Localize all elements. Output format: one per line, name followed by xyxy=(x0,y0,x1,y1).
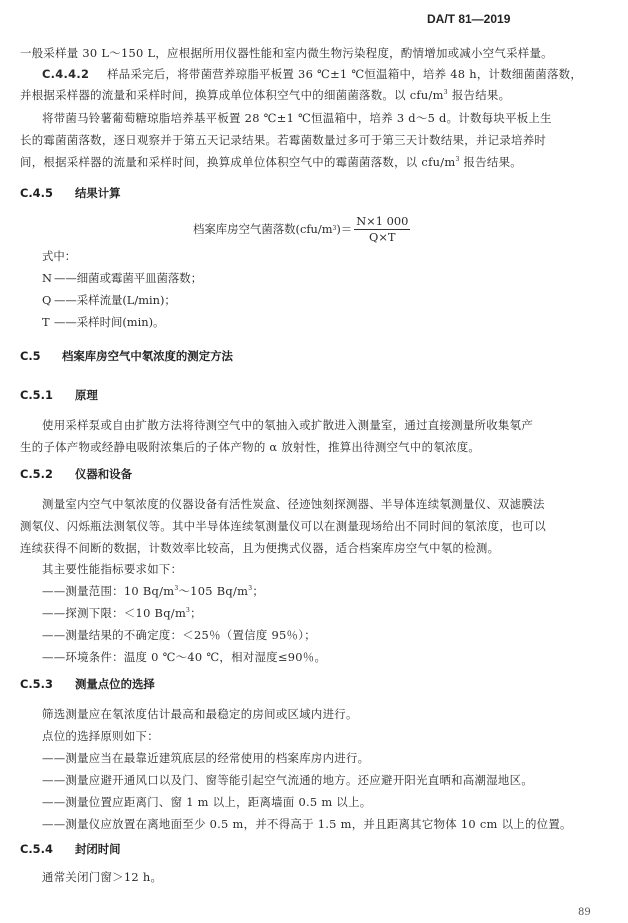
section-title: 结果计算 xyxy=(75,186,121,200)
formula-fraction: N×1 000 Q×T xyxy=(354,215,410,244)
list-item: ——测量应避开通风口以及门、窗等能引起空气流通的地方。还应避开阳光直晒和高潮湿地… xyxy=(42,773,628,787)
paragraph-line: 使用采样泵或自由扩散方法将待测空气中的氡抽入或扩散进入测量室，通过直接测量所收集… xyxy=(42,418,628,432)
list-item: ——测量范围：10 Bq/m3～105 Bq/m3； xyxy=(42,584,628,598)
mold-paragraph-line2: 长的霉菌菌落数，逐日观察并于第五天记录结果。若霉菌数量过多可于第三天计数结果，并… xyxy=(20,133,610,147)
variable-definition: Q——采样流量(L/min)； xyxy=(42,293,176,307)
paragraph-line: 点位的选择原则如下： xyxy=(42,729,628,743)
paragraph-line: 连续获得不间断的数据，计数效率比较高，且为便携式仪器，适合档案库房空气中氡的检测… xyxy=(20,541,610,555)
text: 报告结果。 xyxy=(460,155,522,169)
formula-equals: )＝ xyxy=(336,221,352,237)
text: ～105 Bq/m xyxy=(178,584,248,598)
clause-text: 样品采完后，将带菌营养琼脂平板置 36 ℃±1 ℃恒温箱中，培养 48 h，计数… xyxy=(107,67,582,81)
text: 间，根据采样器的流量和采样时间，换算成单位体积空气中的霉菌菌落数，以 cfu/m xyxy=(20,155,455,169)
document-page: DA/T 81—2019 一般采样量 30 L～150 L，应根据所用仪器性能和… xyxy=(0,0,628,923)
section-number: C.4.5 xyxy=(20,186,75,200)
variable-definition: N——细菌或霉菌平皿菌落数； xyxy=(42,271,202,285)
formula: 档案库房空气菌落数(cfu/m3)＝ N×1 000 Q×T xyxy=(193,212,410,246)
paragraph-line: 筛选测量应在氡浓度估计最高和最稳定的房间或区域内进行。 xyxy=(42,707,628,721)
text: ； xyxy=(190,606,202,620)
paragraph-line: 测量室内空气中氡浓度的仪器设备有活性炭盒、径迹蚀刻探测器、半导体连续氡测量仪、双… xyxy=(42,497,628,511)
section-number: C.5.1 xyxy=(20,388,75,402)
section-heading-c52: C.5.2仪器和设备 xyxy=(20,467,132,481)
section-title: 原理 xyxy=(75,388,98,402)
section-title: 仪器和设备 xyxy=(75,467,132,481)
clause-number: C.4.4.2 xyxy=(42,67,89,81)
section-title: 档案库房空气中氡浓度的测定方法 xyxy=(62,349,233,363)
list-item: ——测量仪应放置在离地面至少 0.5 m，并不得高于 1.5 m，并且距离其它物… xyxy=(42,817,628,831)
variable-desc: ——采样时间(min)。 xyxy=(54,315,164,329)
list-item: ——测量结果的不确定度：＜25％（置信度 95％）； xyxy=(42,628,628,642)
section-heading-c45: C.4.5结果计算 xyxy=(20,186,121,200)
paragraph-line: 测氡仪、闪烁瓶法测氡仪等。其中半导体连续氡测量仪可以在测量现场给出不同时间的氡浓… xyxy=(20,519,610,533)
text: 报告结果。 xyxy=(448,88,510,102)
list-item: ——测量位置应距离门、窗 1 m 以上，距离墙面 0.5 m 以上。 xyxy=(42,795,628,809)
list-item: ——探测下限：＜10 Bq/m3； xyxy=(42,606,628,620)
list-item: ——环境条件：温度 0 ℃～40 ℃，相对湿度≤90％。 xyxy=(42,650,628,664)
section-number: C.5.3 xyxy=(20,677,75,691)
variable-desc: ——采样流量(L/min)； xyxy=(54,293,176,307)
section-number: C.5 xyxy=(20,349,62,363)
clause-c442-line1: C.4.4.2 样品采完后，将带菌营养琼脂平板置 36 ℃±1 ℃恒温箱中，培养… xyxy=(42,67,628,81)
paragraph-line: 其主要性能指标要求如下： xyxy=(42,562,628,576)
formula-numerator: N×1 000 xyxy=(354,215,410,230)
variable-desc: ——细菌或霉菌平皿菌落数； xyxy=(54,271,202,285)
page-number: 89 xyxy=(578,907,591,918)
paragraph-line: 一般采样量 30 L～150 L，应根据所用仪器性能和室内微生物污染程度，酌情增… xyxy=(20,46,610,60)
section-heading-c53: C.5.3测量点位的选择 xyxy=(20,677,155,691)
formula-lhs: 档案库房空气菌落数(cfu/m xyxy=(193,221,333,237)
section-title: 测量点位的选择 xyxy=(75,677,155,691)
clause-c442-line2: 并根据采样器的流量和采样时间，换算成单位体积空气中的细菌菌落数。以 cfu/m3… xyxy=(20,88,610,102)
section-number: C.5.4 xyxy=(20,842,75,856)
variable-symbol: Q xyxy=(42,293,54,307)
section-title: 封闭时间 xyxy=(75,842,121,856)
variable-definition: T——采样时间(min)。 xyxy=(42,315,164,329)
paragraph-line: 通常关闭门窗＞12 h。 xyxy=(42,870,628,884)
section-heading-c51: C.5.1原理 xyxy=(20,388,98,402)
mold-paragraph-line3: 间，根据采样器的流量和采样时间，换算成单位体积空气中的霉菌菌落数，以 cfu/m… xyxy=(20,155,610,169)
text: ——探测下限：＜10 Bq/m xyxy=(42,606,186,620)
list-item: ——测量应当在最靠近建筑底层的经常使用的档案库房内进行。 xyxy=(42,751,628,765)
section-heading-c54: C.5.4封闭时间 xyxy=(20,842,121,856)
paragraph-line: 生的子体产物或经静电吸附浓集后的子体产物的 α 放射性，推算出待测空气中的氡浓度… xyxy=(20,440,610,454)
variable-symbol: N xyxy=(42,271,54,285)
section-heading-c5: C.5档案库房空气中氡浓度的测定方法 xyxy=(20,349,233,363)
where-label: 式中： xyxy=(42,249,76,263)
text: 并根据采样器的流量和采样时间，换算成单位体积空气中的细菌菌落数。以 cfu/m xyxy=(20,88,444,102)
variable-symbol: T xyxy=(42,315,54,329)
text: ——测量范围：10 Bq/m xyxy=(42,584,174,598)
standard-code: DA/T 81—2019 xyxy=(427,12,510,26)
section-number: C.5.2 xyxy=(20,467,75,481)
mold-paragraph-line1: 将带菌马铃薯葡萄糖琼脂培养基平板置 28 ℃±1 ℃恒温箱中，培养 3 d～5 … xyxy=(42,111,628,125)
text: ； xyxy=(252,584,264,598)
formula-denominator: Q×T xyxy=(369,230,395,244)
